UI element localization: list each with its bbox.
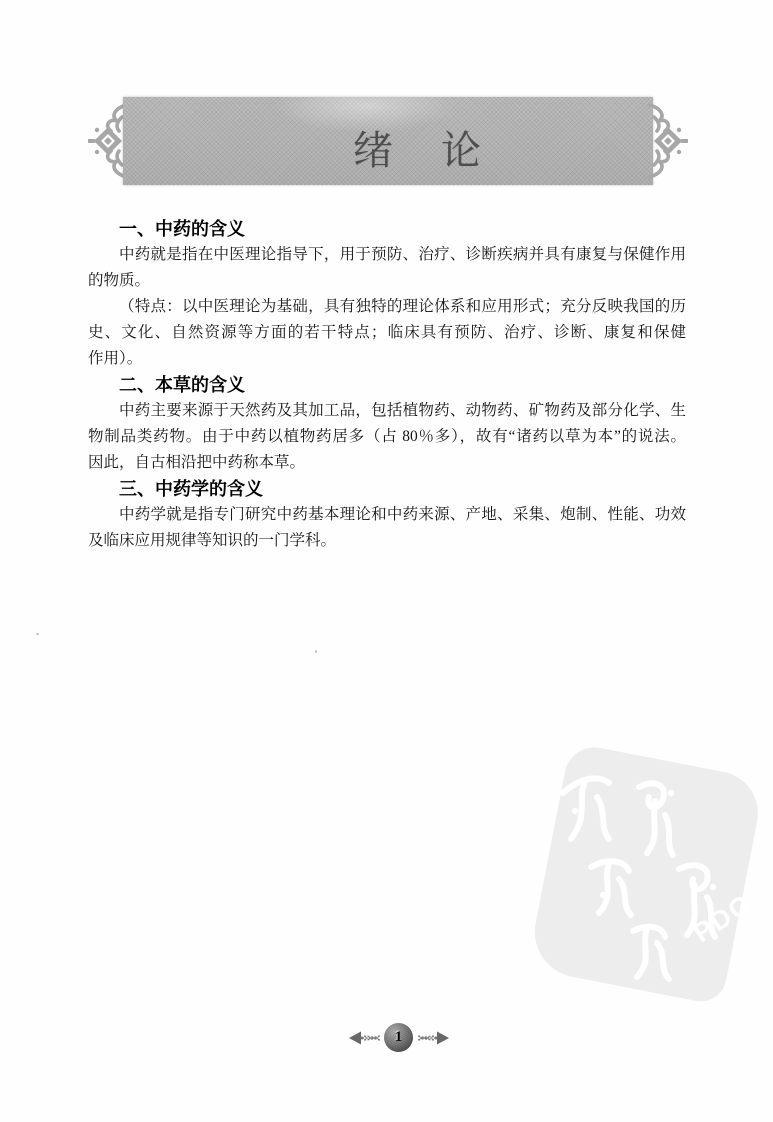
paragraph-line: 因此，自古相沿把中药称本草。 bbox=[88, 450, 686, 476]
watermark-seal-glyphs-icon bbox=[505, 745, 770, 1003]
section-heading-3: 三、中药学的含义 bbox=[88, 476, 686, 502]
paragraph-line: 中药就是指在中医理论指导下，用于预防、治疗、诊断疾病并具有康复与保健作用 bbox=[88, 242, 686, 268]
page-number: 1 bbox=[395, 1029, 403, 1046]
chapter-title-char-2: 论 bbox=[441, 131, 481, 171]
chapter-title-char-1: 绪 bbox=[353, 131, 393, 171]
page-footer: 1 bbox=[345, 1020, 455, 1060]
paragraph-line: 的物质。 bbox=[88, 268, 686, 294]
footer-arrow-left-icon bbox=[348, 1028, 382, 1048]
banner-flourish-right-icon bbox=[648, 103, 688, 179]
chapter-banner: 绪 论 bbox=[123, 97, 653, 185]
scan-speck bbox=[36, 633, 39, 635]
scan-speck bbox=[315, 650, 317, 653]
paragraph-line: 中药学就是指专门研究中药基本理论和中药来源、产地、采集、炮制、性能、功效 bbox=[88, 502, 686, 528]
page-body: 一、中药的含义 中药就是指在中医理论指导下，用于预防、治疗、诊断疾病并具有康复与… bbox=[88, 216, 686, 554]
paragraph-line: （特点：以中医理论为基础，具有独特的理论体系和应用形式；充分反映我国的历 bbox=[88, 294, 686, 320]
page-number-badge: 1 bbox=[384, 1023, 413, 1052]
section-heading-2: 二、本草的含义 bbox=[88, 372, 686, 398]
banner-flourish-left-icon bbox=[88, 103, 128, 179]
paragraph-line: 及临床应用规律等知识的一门学科。 bbox=[88, 528, 686, 554]
scanned-book-page: 绪 论 一、中药的含义 中药就是指在中医理论指导下，用于预防、治疗、诊断疾病并具… bbox=[0, 0, 773, 1122]
paragraph-line: 史、文化、自然资源等方面的若干特点；临床具有预防、治疗、诊断、康复和保健 bbox=[88, 320, 686, 346]
paragraph-line: 中药主要来源于天然药及其加工品，包括植物药、动物药、矿物药及部分化学、生 bbox=[88, 398, 686, 424]
section-heading-1: 一、中药的含义 bbox=[88, 216, 686, 242]
paragraph-line: 作用）。 bbox=[88, 346, 686, 372]
paragraph-line: 物制品类药物。由于中药以植物药居多（占 80％多），故有“诸药以草为本”的说法。 bbox=[88, 424, 686, 450]
library-watermark: PDG bbox=[505, 745, 770, 1003]
footer-arrow-right-icon bbox=[416, 1028, 450, 1048]
